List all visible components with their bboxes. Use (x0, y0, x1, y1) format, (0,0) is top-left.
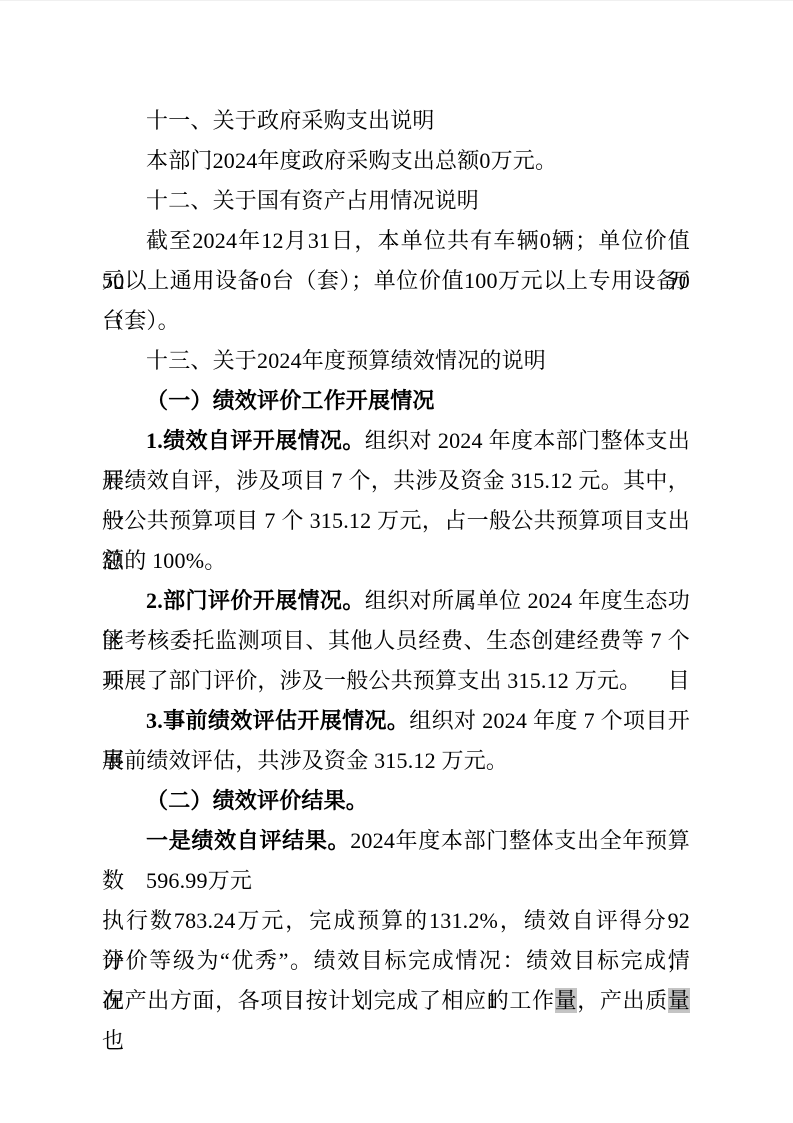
text-line: 本部门2024年度政府采购支出总额0万元。 (102, 141, 690, 181)
bold-text-run: （一）绩效评价工作开展情况 (146, 388, 435, 413)
text-run: 事前绩效评估，共涉及资金 315.12 万元。 (102, 748, 508, 773)
text-line: 在产出方面，各项目按计划完成了相应的工作量，产出质量也 (102, 981, 690, 1021)
text-line: 2.部门评价开展情况。组织对所属单位 2024 年度生态功能 (102, 581, 690, 621)
text-line: 1.绩效自评开展情况。组织对 2024 年度本部门整体支出开 (102, 421, 690, 461)
text-line: 十一、关于政府采购支出说明 (102, 101, 690, 141)
text-line: 事前绩效评估，共涉及资金 315.12 万元。 (102, 741, 690, 781)
bold-text-run: 一是绩效自评结果。 (146, 828, 350, 853)
text-line: 展绩效自评，涉及项目 7 个，共涉及资金 315.12 元。其中，一 (102, 461, 690, 501)
text-run: 组织对所属单位 2024 年度 (365, 588, 623, 613)
bold-text-run: （二）绩效评价结果。 (146, 788, 368, 813)
text-line: 额的 100%。 (102, 541, 690, 581)
text-block: 十一、关于政府采购支出说明本部门2024年度政府采购支出总额0万元。十二、关于国… (102, 101, 690, 1021)
text-line: 十三、关于2024年度预算绩效情况的说明 (102, 341, 690, 381)
text-line: 开展了部门评价，涉及一般公共预算支出 315.12 万元。 (102, 661, 690, 701)
text-line: （套）。 (102, 301, 690, 341)
text-line: 596.99万元 (102, 861, 690, 901)
text-line: 3.事前绩效评估开展情况。组织对 2024 年度 7 个项目开展 (102, 701, 690, 741)
text-run: 额的 100%。 (102, 548, 226, 573)
text-line: 截至2024年12月31日，本单位共有车辆0辆；单位价值50万 (102, 221, 690, 261)
shaded-character: 量 (668, 988, 690, 1013)
shaded-character: 量 (555, 988, 578, 1013)
text-run: 十三、关于2024年度预算绩效情况的说明 (146, 348, 546, 373)
text-line: 十二、关于国有资产占用情况说明 (102, 181, 690, 221)
document-page: 十一、关于政府采购支出说明本部门2024年度政府采购支出总额0万元。十二、关于国… (0, 0, 793, 1123)
text-run: （套）。 (102, 308, 180, 333)
text-run: 开展了部门评价，涉及一般公共预算支出 315.12 万元。 (102, 668, 641, 693)
text-run: ，产出质 (577, 988, 668, 1013)
text-run: 596.99万元 (146, 868, 252, 893)
text-run: 也 (102, 1028, 124, 1053)
text-run: 区考核委托监测项目、其他人员经费、生态创建经费 (102, 628, 622, 653)
text-run: 十二、关于国有资产占用情况说明 (146, 188, 479, 213)
text-line: （一）绩效评价工作开展情况 (102, 381, 690, 421)
text-line: 般公共预算项目 7 个 315.12 万元，占一般公共预算项目支出总 (102, 501, 690, 541)
bold-text-run: 1.绩效自评开展情况。 (146, 428, 365, 453)
text-line: 一是绩效自评结果。2024年度本部门整体支出全年预算数 (102, 821, 690, 861)
text-run: 本部门2024年度政府采购支出总额0万元。 (146, 148, 557, 173)
bold-text-run: 2.部门评价开展情况。 (146, 588, 365, 613)
text-run: 在产出方面，各项目按计划完成了相应的工作 (102, 988, 555, 1013)
bold-text-run: 3.事前绩效评估开展情况。 (146, 708, 409, 733)
text-line: 评价等级为“优秀”。绩效目标完成情况：绩效目标完成情况：1、 (102, 941, 690, 981)
text-line: 执行数783.24万元，完成预算的131.2%，绩效自评得分92分， (102, 901, 690, 941)
text-line: （二）绩效评价结果。 (102, 781, 690, 821)
text-line: 区考核委托监测项目、其他人员经费、生态创建经费等 7 个项目 (102, 621, 690, 661)
text-line: 元以上通用设备0台（套）；单位价值100万元以上专用设备0台 (102, 261, 690, 301)
text-run: 十一、关于政府采购支出说明 (146, 108, 435, 133)
